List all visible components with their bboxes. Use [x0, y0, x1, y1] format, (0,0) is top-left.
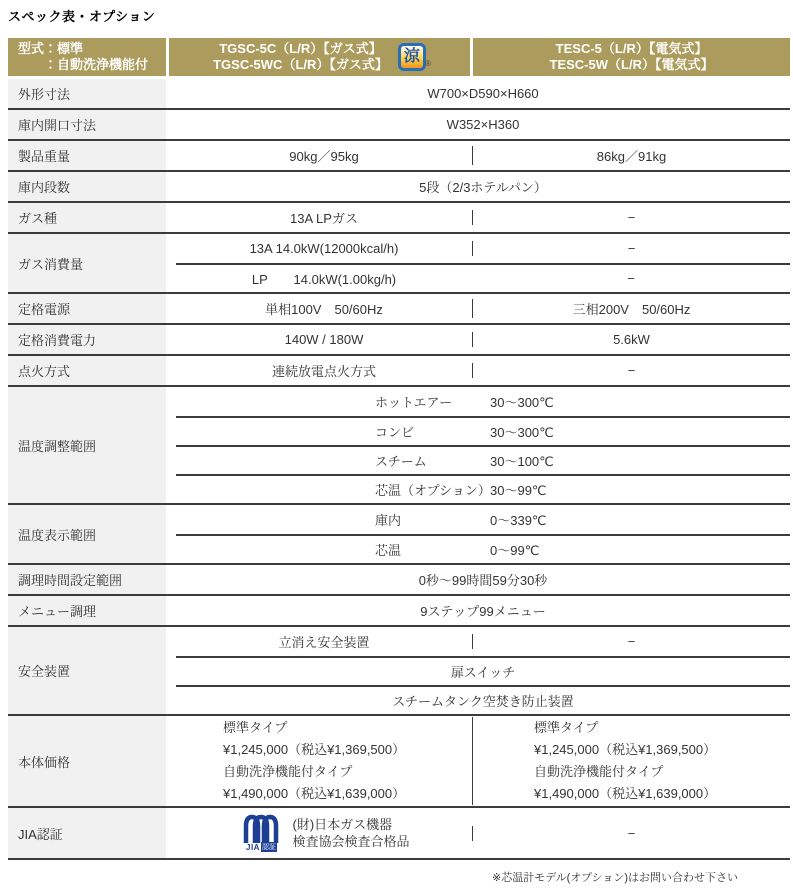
row-label: 庫内開口寸法 [8, 110, 166, 139]
right-cell: − [472, 271, 790, 286]
price-line: ¥1,245,000（税込¥1,369,500） [534, 739, 716, 761]
jia-flames-icon [241, 814, 281, 844]
row-data: 13A LPガス− [176, 203, 790, 232]
row-label: 製品重量 [8, 141, 166, 170]
parameter-name: コンビ [375, 422, 490, 441]
row-label: ガス消費量 [8, 234, 166, 292]
right-cell: 5.6kW [472, 332, 790, 347]
row-label: 定格電源 [8, 294, 166, 323]
subrow-split: 140W / 180W5.6kW [176, 325, 790, 354]
row-data: W352×H360 [176, 110, 790, 139]
left-cell: 13A 14.0kW(12000kcal/h) [176, 241, 472, 256]
price-line: ¥1,490,000（税込¥1,639,000） [223, 783, 405, 805]
right-value: − [628, 241, 636, 256]
left-cell: 13A LPガス [176, 208, 472, 227]
right-cell: 三相200V 50/60Hz [472, 299, 790, 318]
merged-value: 扉スイッチ [451, 662, 515, 681]
jia-logo-icon: JIA認証 [238, 814, 284, 852]
right-value: 5.6kW [613, 332, 650, 347]
parameter-name: 芯温（オプション） [375, 480, 490, 499]
spec-row: 温度調整範囲ホットエアー30〜300℃コンビ30〜300℃スチーム30〜100℃… [8, 387, 790, 505]
price-line: ¥1,245,000（税込¥1,369,500） [223, 739, 405, 761]
left-cell: LP 14.0kW(1.00kg/h) [176, 269, 472, 288]
subrow-merged: 扉スイッチ [176, 656, 790, 685]
right-cell: − [472, 210, 790, 225]
row-data: 庫内0〜339℃芯温0〜99℃ [176, 505, 790, 563]
subrow-split: 90kg／95kg86kg／91kg [176, 141, 790, 170]
row-data: 140W / 180W5.6kW [176, 325, 790, 354]
left-value: 連続放電点火方式 [272, 361, 376, 380]
subrow-parameter: スチーム30〜100℃ [176, 445, 790, 474]
row-data: 90kg／95kg86kg／91kg [176, 141, 790, 170]
row-data: 9ステップ99メニュー [176, 596, 790, 625]
row-data: 単相100V 50/60Hz三相200V 50/60Hz [176, 294, 790, 323]
left-value: LP 14.0kW(1.00kg/h) [252, 269, 396, 288]
subrow-parameter: 芯温（オプション）30〜99℃ [176, 474, 790, 503]
spec-row: メニュー調理9ステップ99メニュー [8, 596, 790, 627]
header-type-line2: ：自動洗浄機能付 [18, 57, 148, 73]
spec-row: 定格電源単相100V 50/60Hz三相200V 50/60Hz [8, 294, 790, 325]
row-data: 5段（2/3ホテルパン） [176, 172, 790, 201]
subrow-parameter: コンビ30〜300℃ [176, 416, 790, 445]
spec-row: 安全装置立消え安全装置−扉スイッチスチームタンク空焚き防止装置 [8, 627, 790, 716]
merged-value: W352×H360 [447, 117, 520, 132]
subrow-merged: W700×D590×H660 [176, 79, 790, 108]
spec-row: ガス種13A LPガス− [8, 203, 790, 234]
subrow-split: LP 14.0kW(1.00kg/h)− [176, 263, 790, 292]
merged-value: 9ステップ99メニュー [420, 601, 545, 620]
spec-row: 庫内開口寸法W352×H360 [8, 110, 790, 141]
merged-value: スチームタンク空焚き防止装置 [392, 691, 573, 710]
parameter-name: 芯温 [375, 540, 490, 559]
parameter-value: 30〜100℃ [490, 451, 554, 470]
spec-rows: 外形寸法W700×D590×H660庫内開口寸法W352×H360製品重量90k… [8, 79, 790, 860]
registered-mark-icon: ® [425, 56, 431, 72]
merged-value: 0秒〜99時間59分30秒 [419, 570, 548, 589]
row-label: 本体価格 [8, 716, 166, 806]
parameter-value: 30〜300℃ [490, 422, 554, 441]
parameter-name: 庫内 [375, 510, 490, 529]
subrow-split: 単相100V 50/60Hz三相200V 50/60Hz [176, 294, 790, 323]
left-value: 立消え安全装置 [278, 632, 369, 651]
right-value: − [627, 271, 635, 286]
row-label: 定格消費電力 [8, 325, 166, 354]
right-value: 86kg／91kg [597, 146, 666, 165]
row-data: 連続放電点火方式− [176, 356, 790, 385]
jia-caption-cert: 認証 [261, 842, 277, 852]
subrow-merged: 9ステップ99メニュー [176, 596, 790, 625]
spec-row: 温度表示範囲庫内0〜339℃芯温0〜99℃ [8, 505, 790, 565]
price-right-lines: 標準タイプ¥1,245,000（税込¥1,369,500）自動洗浄機能付タイプ¥… [534, 717, 716, 805]
spec-row: 製品重量90kg／95kg86kg／91kg [8, 141, 790, 172]
jia-caption: JIA認証 [246, 842, 277, 852]
left-value: 13A LPガス [290, 208, 358, 227]
subrow-split: 連続放電点火方式− [176, 356, 790, 385]
row-data: JIA認証(財)日本ガス機器検査協会検査合格品− [176, 808, 790, 858]
left-value: 90kg／95kg [289, 146, 358, 165]
left-cell: 立消え安全装置 [176, 632, 472, 651]
right-value: − [628, 634, 636, 649]
parameter-value: 0〜339℃ [490, 510, 547, 529]
footnote: ※芯温計モデル(オプション)はお問い合わせ下さい [8, 869, 790, 891]
page-title: スペック表・オプション [8, 6, 790, 25]
subrow-jia: JIA認証(財)日本ガス機器検査協会検査合格品− [176, 808, 790, 858]
row-label: 調理時間設定範囲 [8, 565, 166, 594]
header-gas-model-text: TGSC-5C（L/R）【ガス式】 TGSC-5WC（L/R）【ガス式】 [213, 41, 388, 73]
subrow-price: 標準タイプ¥1,245,000（税込¥1,369,500）自動洗浄機能付タイプ¥… [176, 716, 790, 806]
spec-row: 庫内段数5段（2/3ホテルパン） [8, 172, 790, 203]
jia-cert-line1: (財)日本ガス機器 [292, 816, 409, 833]
cool-mark-icon: 涼 ® [398, 43, 426, 71]
row-label: 庫内段数 [8, 172, 166, 201]
row-data: W700×D590×H660 [176, 79, 790, 108]
left-value: 単相100V 50/60Hz [265, 299, 383, 318]
left-value: 140W / 180W [285, 332, 364, 347]
right-cell: − [472, 241, 790, 256]
row-data: 立消え安全装置−扉スイッチスチームタンク空焚き防止装置 [176, 627, 790, 714]
header-gas-model-cell: TGSC-5C（L/R）【ガス式】 TGSC-5WC（L/R）【ガス式】 涼 ® [169, 38, 470, 76]
right-value: − [628, 826, 636, 841]
header-type-line1: 型式：標準 [18, 41, 83, 57]
row-label: ガス種 [8, 203, 166, 232]
right-cell: − [472, 363, 790, 378]
price-line: ¥1,490,000（税込¥1,639,000） [534, 783, 716, 805]
price-line: 自動洗浄機能付タイプ [223, 761, 405, 783]
spec-row: 点火方式連続放電点火方式− [8, 356, 790, 387]
left-cell: 90kg／95kg [176, 146, 472, 165]
left-cell: 140W / 180W [176, 332, 472, 347]
subrow-split: 13A 14.0kW(12000kcal/h)− [176, 234, 790, 263]
header-electric-model-cell: TESC-5（L/R）【電気式】 TESC-5W（L/R）【電気式】 [473, 38, 790, 76]
price-left-lines: 標準タイプ¥1,245,000（税込¥1,369,500）自動洗浄機能付タイプ¥… [223, 717, 405, 805]
spec-row: ガス消費量13A 14.0kW(12000kcal/h)−LP 14.0kW(1… [8, 234, 790, 294]
price-left-cell: 標準タイプ¥1,245,000（税込¥1,369,500）自動洗浄機能付タイプ¥… [176, 717, 472, 805]
header-electric-model-text: TESC-5（L/R）【電気式】 TESC-5W（L/R）【電気式】 [550, 41, 714, 73]
right-value: − [628, 210, 636, 225]
left-cell: 連続放電点火方式 [176, 361, 472, 380]
row-label: 安全装置 [8, 627, 166, 714]
subrow-merged: スチームタンク空焚き防止装置 [176, 685, 790, 714]
jia-cert-text: (財)日本ガス機器検査協会検査合格品 [292, 816, 409, 850]
subrow-merged: 0秒〜99時間59分30秒 [176, 565, 790, 594]
spec-page: スペック表・オプション 型式：標準 ：自動洗浄機能付 TGSC-5C（L/R）【… [0, 0, 793, 891]
subrow-split: 立消え安全装置− [176, 627, 790, 656]
spec-row: 本体価格標準タイプ¥1,245,000（税込¥1,369,500）自動洗浄機能付… [8, 716, 790, 808]
merged-value: W700×D590×H660 [427, 86, 538, 101]
subrow-merged: W352×H360 [176, 110, 790, 139]
row-label: 温度調整範囲 [8, 387, 166, 503]
subrow-parameter: 庫内0〜339℃ [176, 505, 790, 534]
price-line: 標準タイプ [534, 717, 716, 739]
parameter-value: 30〜99℃ [490, 480, 547, 499]
right-cell: 86kg／91kg [472, 146, 790, 165]
spec-row: 外形寸法W700×D590×H660 [8, 79, 790, 110]
row-label: メニュー調理 [8, 596, 166, 625]
row-label: JIA認証 [8, 808, 166, 858]
spec-table: 型式：標準 ：自動洗浄機能付 TGSC-5C（L/R）【ガス式】 TGSC-5W… [8, 38, 790, 860]
row-label: 外形寸法 [8, 79, 166, 108]
row-data: 13A 14.0kW(12000kcal/h)−LP 14.0kW(1.00kg… [176, 234, 790, 292]
price-right-cell: 標準タイプ¥1,245,000（税込¥1,369,500）自動洗浄機能付タイプ¥… [472, 717, 790, 805]
parameter-name: スチーム [375, 451, 490, 470]
subrow-split: 13A LPガス− [176, 203, 790, 232]
header-model-type-cell: 型式：標準 ：自動洗浄機能付 [8, 38, 166, 76]
spec-row: 定格消費電力140W / 180W5.6kW [8, 325, 790, 356]
row-data: ホットエアー30〜300℃コンビ30〜300℃スチーム30〜100℃芯温（オプシ… [176, 387, 790, 503]
parameter-value: 30〜300℃ [490, 392, 554, 411]
row-label: 温度表示範囲 [8, 505, 166, 563]
right-value: − [628, 363, 636, 378]
jia-cert-line2: 検査協会検査合格品 [292, 833, 409, 850]
parameter-value: 0〜99℃ [490, 540, 539, 559]
right-value: 三相200V 50/60Hz [573, 299, 691, 318]
price-line: 標準タイプ [223, 717, 405, 739]
jia-cell: JIA認証(財)日本ガス機器検査協会検査合格品 [176, 814, 472, 852]
price-line: 自動洗浄機能付タイプ [534, 761, 716, 783]
left-cell: 単相100V 50/60Hz [176, 299, 472, 318]
spec-row: 調理時間設定範囲0秒〜99時間59分30秒 [8, 565, 790, 596]
row-label: 点火方式 [8, 356, 166, 385]
parameter-name: ホットエアー [375, 392, 490, 411]
subrow-parameter: 芯温0〜99℃ [176, 534, 790, 563]
subrow-parameter: ホットエアー30〜300℃ [176, 387, 790, 416]
row-data: 0秒〜99時間59分30秒 [176, 565, 790, 594]
left-value: 13A 14.0kW(12000kcal/h) [250, 241, 399, 256]
right-cell: − [472, 634, 790, 649]
subrow-merged: 5段（2/3ホテルパン） [176, 172, 790, 201]
merged-value: 5段（2/3ホテルパン） [419, 177, 547, 196]
right-cell: − [472, 826, 790, 841]
row-data: 標準タイプ¥1,245,000（税込¥1,369,500）自動洗浄機能付タイプ¥… [176, 716, 790, 806]
jia-caption-jia: JIA [246, 843, 260, 852]
spec-row: JIA認証JIA認証(財)日本ガス機器検査協会検査合格品− [8, 808, 790, 860]
table-header-row: 型式：標準 ：自動洗浄機能付 TGSC-5C（L/R）【ガス式】 TGSC-5W… [8, 38, 790, 76]
